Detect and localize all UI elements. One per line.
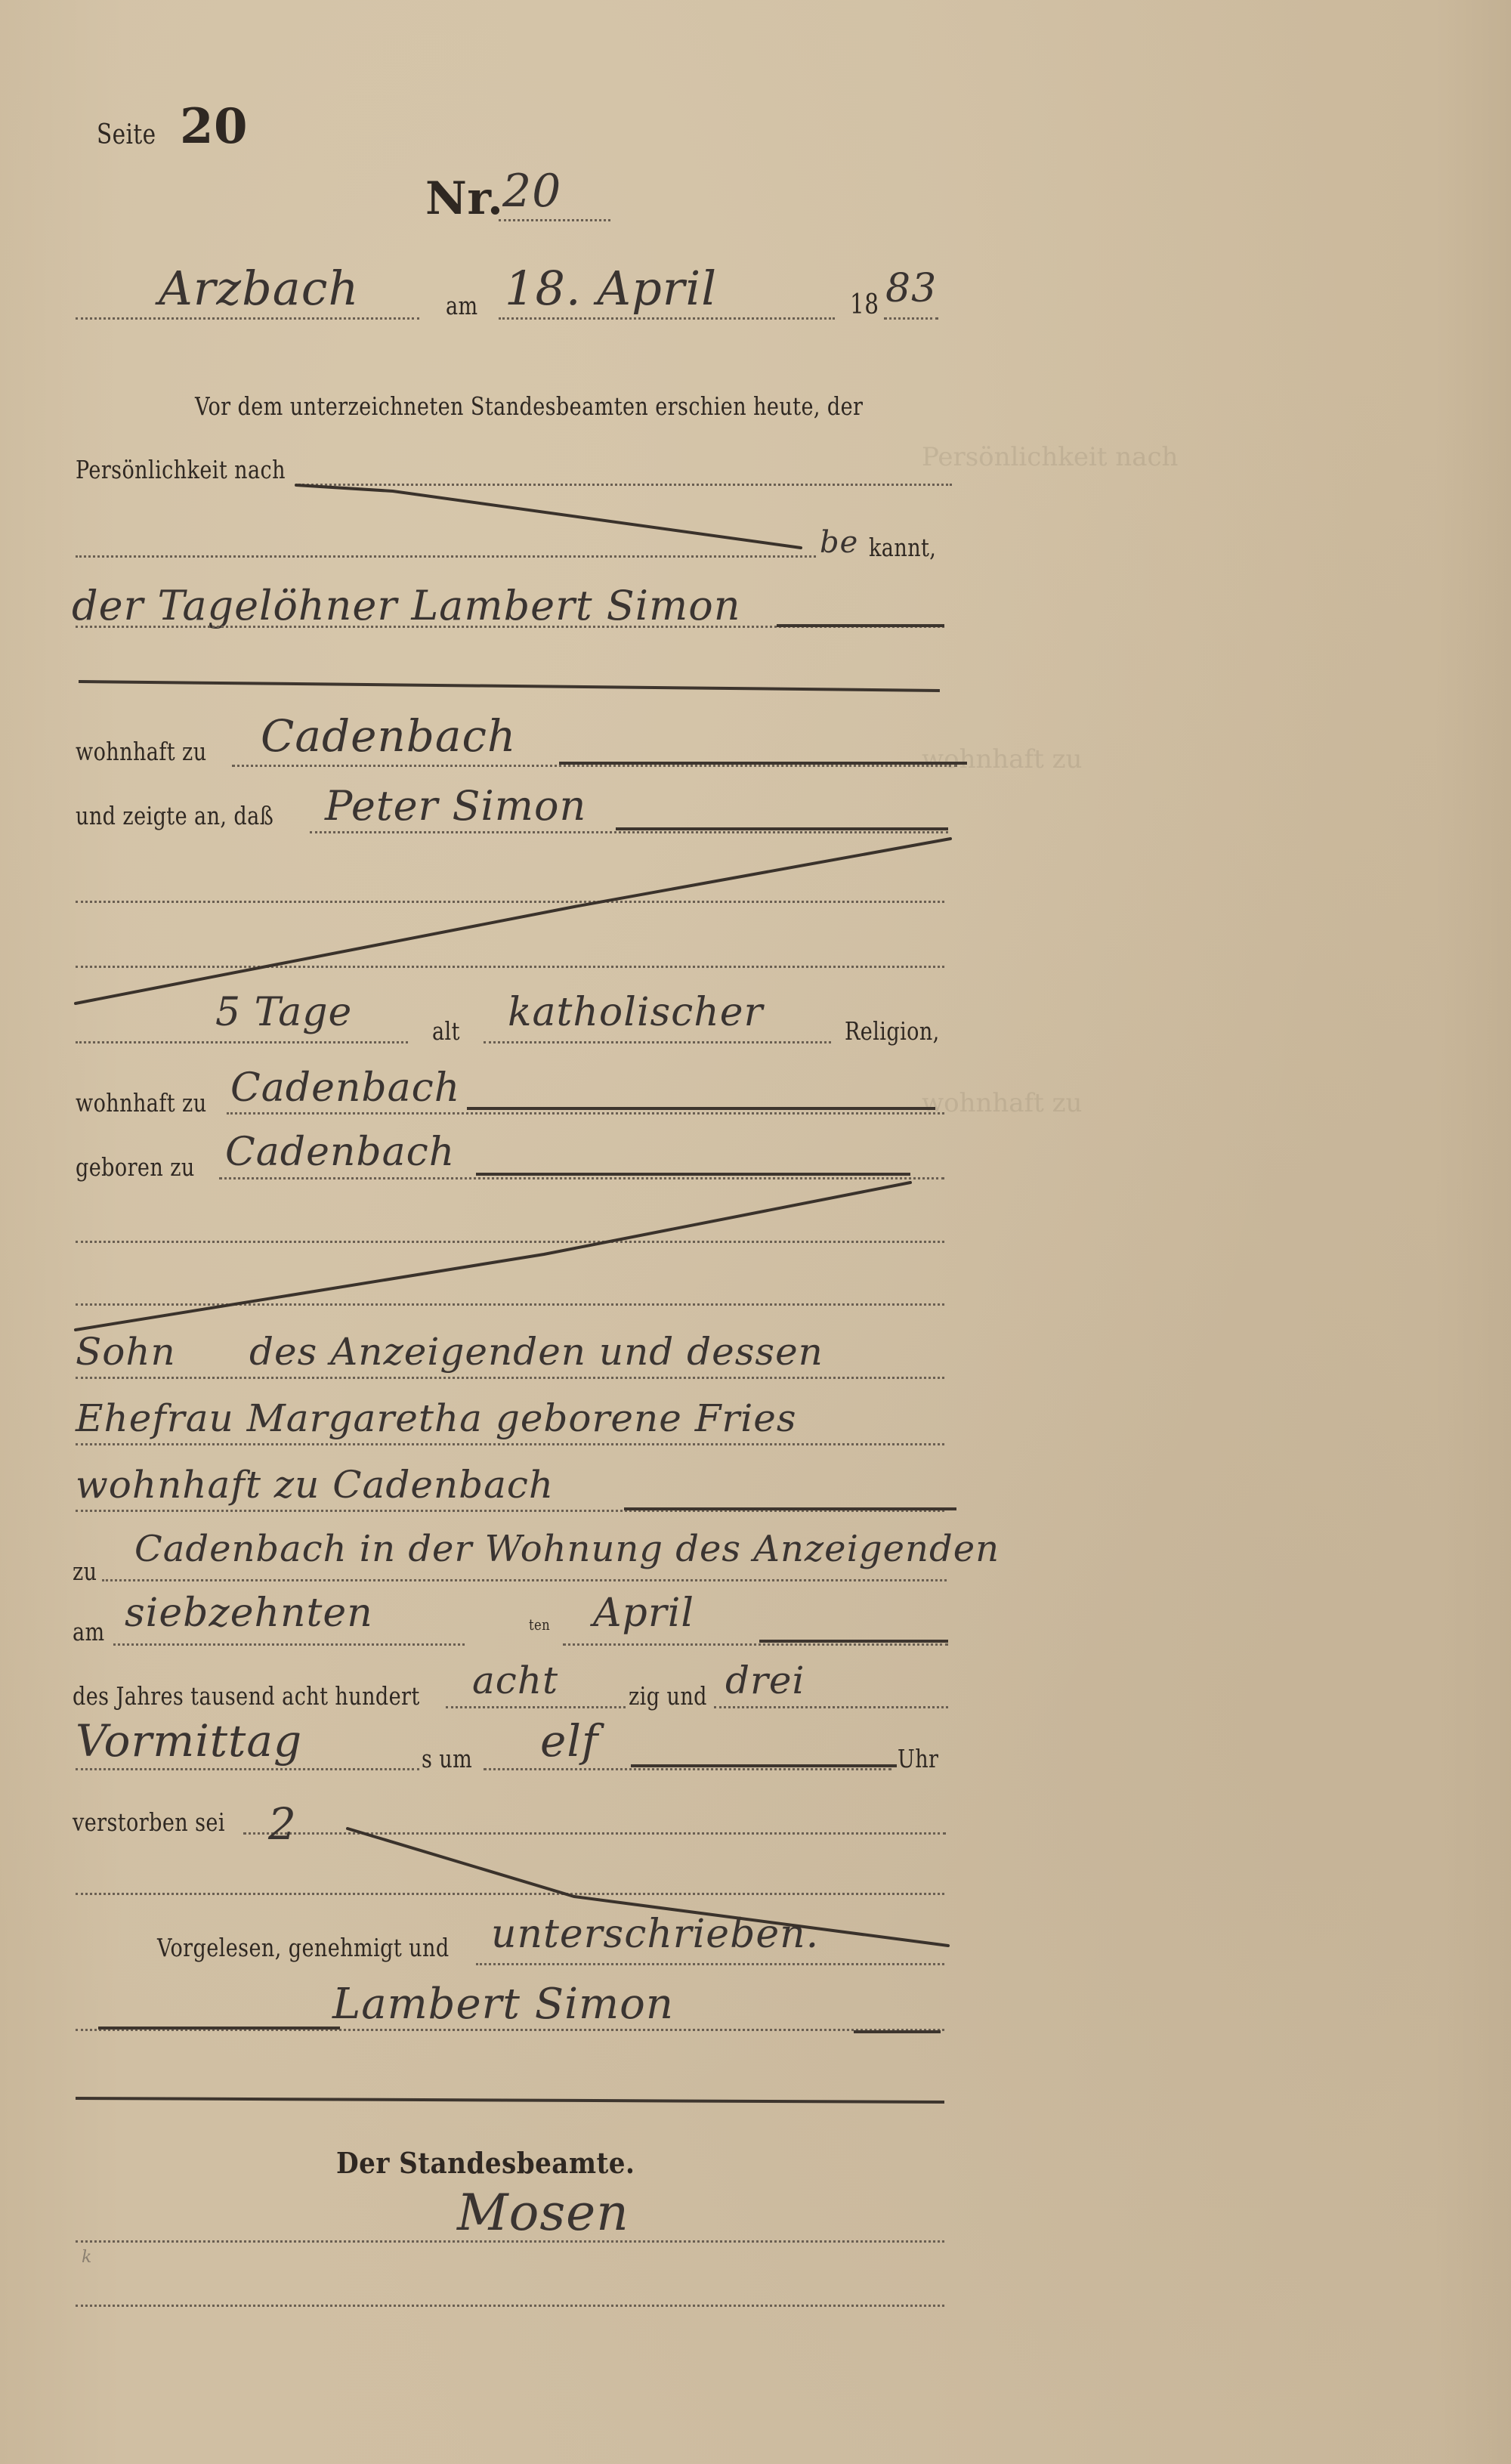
death-place-value: Cadenbach in der Wohnung des Anzeigenden xyxy=(134,1528,1000,1570)
declarant-residence: Cadenbach xyxy=(261,710,516,762)
blank-line xyxy=(76,1893,944,1895)
parents-line-2 xyxy=(76,1443,944,1445)
deceased-residence-line xyxy=(227,1112,944,1115)
parents-sohn: Sohn xyxy=(76,1330,176,1374)
death-day-label: am xyxy=(73,1617,105,1646)
death-place-line xyxy=(102,1579,947,1581)
parents-text-2: Ehefrau Margaretha geborene Fries xyxy=(76,1396,797,1440)
document-page: Persönlichkeit nach wohnhaft zu wohnhaft… xyxy=(0,0,1511,2464)
age-label: alt xyxy=(432,1016,460,1046)
record-number: 20 xyxy=(502,165,561,218)
deceased-name: Peter Simon xyxy=(325,782,586,830)
declarant-signature: Lambert Simon xyxy=(332,1980,674,2029)
birthplace-value: Cadenbach xyxy=(225,1130,455,1175)
page-number: 20 xyxy=(180,98,248,155)
bleed-through-text: Persönlichkeit nach xyxy=(922,442,1178,472)
hour-line xyxy=(484,1768,891,1770)
declarant-name: der Tagelöhner Lambert Simon xyxy=(72,582,741,629)
registrar-signature: Mosen xyxy=(457,2184,629,2242)
closing-label: Vorgelesen, genehmigt und xyxy=(157,1933,450,1962)
am-label: am xyxy=(446,291,478,320)
death-day-value: siebzehnten xyxy=(125,1591,373,1636)
religion-value: katholischer xyxy=(508,990,763,1035)
deceased-label: verstorben sei xyxy=(73,1807,225,1837)
year-units-value: drei xyxy=(725,1659,805,1702)
reported-label: und zeigte an, daß xyxy=(76,801,273,830)
death-month-value: April xyxy=(593,1591,694,1636)
deceased-name-line xyxy=(310,831,948,833)
registrar-title: Der Standesbeamte. xyxy=(336,2146,635,2180)
birthplace-cancel-stroke xyxy=(76,1183,910,1330)
hour-value: elf xyxy=(540,1715,598,1767)
signature-left-stroke xyxy=(98,2027,340,2030)
header-place: Arzbach xyxy=(159,261,359,316)
declarant-fill-stroke xyxy=(777,624,944,627)
year-tens-value: acht xyxy=(472,1659,558,1702)
identity-line xyxy=(298,484,952,486)
parents-fill-stroke xyxy=(624,1507,956,1510)
corner-mark: k xyxy=(82,2248,92,2267)
signature-right-stroke xyxy=(854,2030,941,2033)
hour-stroke xyxy=(631,1764,897,1767)
age-line xyxy=(76,1041,408,1043)
place-line xyxy=(76,317,419,320)
blank-line xyxy=(76,1241,944,1243)
death-day-line xyxy=(113,1643,465,1646)
identity-line-2 xyxy=(76,555,816,558)
parents-text-3: wohnhaft zu Cadenbach xyxy=(76,1463,554,1507)
death-day-suffix: ten xyxy=(529,1615,550,1634)
known-prefix: be xyxy=(820,525,858,560)
hour-label: Uhr xyxy=(898,1744,938,1773)
year-line xyxy=(884,317,938,320)
date-line xyxy=(499,317,835,320)
declarant-residence-line xyxy=(232,765,957,767)
deceased-mark: 2 xyxy=(268,1798,297,1850)
birthplace-line xyxy=(219,1177,944,1179)
parents-line-1 xyxy=(76,1377,944,1379)
year-zig-label: zig und xyxy=(629,1681,707,1711)
parents-text-1: des Anzeigenden und dessen xyxy=(249,1330,823,1374)
death-place-label: zu xyxy=(73,1557,97,1586)
time-suffix: s um xyxy=(422,1744,472,1773)
blank-line xyxy=(76,966,944,968)
closing-stroke xyxy=(76,2097,944,2104)
bleed-through-text: wohnhaft zu xyxy=(922,1088,1082,1118)
death-month-line xyxy=(563,1643,948,1646)
residence-fill-stroke xyxy=(559,762,967,765)
year-text-label: des Jahres tausend acht hundert xyxy=(73,1681,420,1711)
death-month-stroke xyxy=(759,1640,948,1643)
time-of-day-value: Vormittag xyxy=(76,1715,302,1767)
declarant-residence-label: wohnhaft zu xyxy=(76,737,207,766)
deceased-residence-stroke xyxy=(467,1107,935,1110)
record-label: Nr. xyxy=(425,172,503,225)
identity-cancel-stroke xyxy=(296,485,801,548)
age-value: 5 Tage xyxy=(215,990,352,1035)
header-date: 18. April xyxy=(505,261,717,316)
identity-label: Persönlichkeit nach xyxy=(76,455,286,484)
year-prefix: 18 xyxy=(850,289,879,320)
birthplace-stroke xyxy=(476,1173,910,1176)
closing-value: unterschrieben. xyxy=(491,1912,819,1957)
bottom-line xyxy=(76,2305,944,2307)
religion-line xyxy=(484,1041,831,1043)
cancel-stroke xyxy=(79,680,940,692)
deceased-cancel-stroke xyxy=(76,839,950,1003)
deceased-residence-label: wohnhaft zu xyxy=(76,1088,207,1118)
page-label: Seite xyxy=(97,119,156,150)
blank-line xyxy=(76,901,944,903)
time-of-day-line xyxy=(76,1768,419,1770)
deceased-fill-stroke xyxy=(616,827,948,830)
year-suffix: 83 xyxy=(885,266,937,311)
blank-line xyxy=(76,1303,944,1306)
bleed-through-text: wohnhaft zu xyxy=(922,744,1082,774)
known-label: kannt, xyxy=(869,533,936,562)
year-units-line xyxy=(714,1706,948,1708)
cancellation-strokes xyxy=(0,0,1511,2464)
deceased-remark-line xyxy=(243,1832,946,1835)
year-tens-line xyxy=(446,1706,626,1708)
birthplace-label: geboren zu xyxy=(76,1152,195,1182)
religion-label: Religion, xyxy=(845,1016,940,1046)
intro-text: Vor dem unterzeichneten Standesbeamten e… xyxy=(195,391,863,421)
closing-line xyxy=(476,1963,944,1965)
record-number-line xyxy=(499,219,610,221)
deceased-residence: Cadenbach xyxy=(230,1065,460,1111)
